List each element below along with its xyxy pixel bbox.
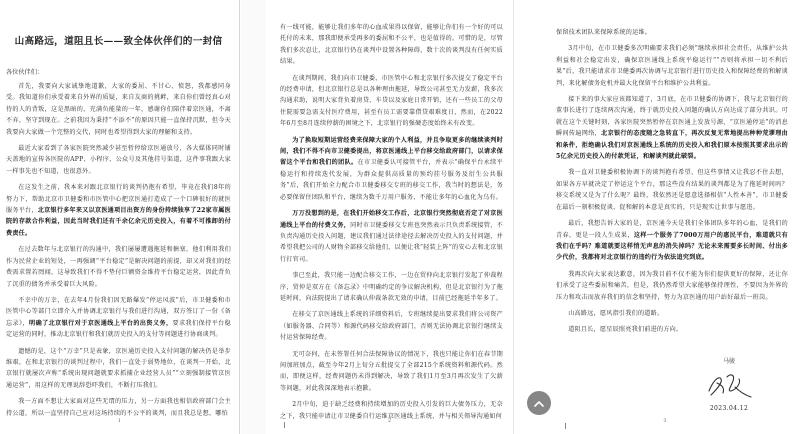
bold-text: 明确了北京银行对于京医通线上平台的出资义务， (29, 320, 172, 327)
closing-line: 道阻且长，愿星辰照亮我们前进的方向。 (556, 324, 788, 335)
document-page-1: 山高路远，道阻且长——致全体伙伴们的一封信 各位伙伴们： 首先，我要向大家诚挚地… (0, 0, 240, 434)
paragraph: 不幸中的万幸，在去年4月份我们因无路爆发“停运风波”后，市卫健委和市医管中心等部… (6, 295, 231, 341)
paragraph: 首先，我要向大家诚挚地道歉，大家的委屈、不甘心、愤怒，我都感同身受。我知道你们承… (6, 81, 231, 138)
paragraph: 我一方面不想让大家面对这些无谓的压力，另一方面我也相信政府部门会主持公道，所以一… (6, 396, 231, 419)
page-number: 2 (266, 418, 513, 424)
bold-text: 北京银行多年来又以京医通项目出资方的身份持续独享了22家市属医院的存款合作利益，… (6, 207, 231, 237)
paragraph: 在移交了京医通线上系统的详细资料后，专班继续提出要求我们将公司资产（如服务器、合… (280, 309, 503, 343)
document-title: 山高路远，道阻且长——致全体伙伴们的一封信 (6, 33, 231, 47)
text-cursor-mark (284, 422, 285, 428)
document-page-3: 保留技术团队来保障系统的运维。 3月中旬，在市卫健委多次明确要求我们必须“继续承… (530, 0, 800, 434)
scroll-to-top-button[interactable] (527, 391, 551, 415)
paragraph: 接下来的事大家应该都知道了，3月底，在市卫健委的协调下，我与北京银行的董事长进行… (556, 94, 788, 162)
paragraph: 在过去数年与北京银行的沟通中，我们屡屡遭遇拖延和搪塞，他们利用我们作为民营企业的… (6, 244, 231, 290)
paragraph: 3月中旬，在市卫健委多次明确要求我们必须“继续承担社会责任，从维护公共利益和社会… (556, 43, 788, 89)
paragraph: 事已至此，我只能一边配合移交工作，一边在贸仲向北京银行发起了仲裁程序，贸仲是双方… (280, 270, 503, 304)
signature-block: 马骏 2023.04.12 (703, 356, 755, 412)
document-page-2: 有一线可能，能够让我们多年的心血成果得以保留，能够让你们有一个好的可以托付的未来… (266, 0, 514, 434)
paragraph: 最近大家看到了各家医院突然减少甚至暂停给京医通放号，各大媒体同时铺天盖地的宣传各… (6, 143, 231, 177)
handwritten-signature-icon (703, 369, 755, 401)
paragraph: 在这发生之前，我本来对跟北京银行的谈判仍抱有希望，毕竟在我们8年的努力下，帮助北… (6, 182, 231, 239)
paragraph: 遗憾的是，这个“万幸”只是表象，京医通历史投入支付问题的解决仍是举步维艰，在和北… (6, 346, 231, 392)
paragraph: 为了换取短期运营经费来保障大家的个人利益，并且争取更多的继续谈判时间，我们不得不… (280, 135, 503, 203)
page-number: 3 (530, 418, 800, 424)
page-number: 1 (0, 418, 239, 424)
paragraph: 我再次向大家表达歉意，因为我目前不仅不能为你们提供更好的保障，还让你们承受了这些… (556, 269, 788, 303)
signature-date: 2023.04.12 (703, 405, 755, 412)
paragraph: 在谈判期间，我们向市卫健委、市医管中心和北京银行多次提交了稳定平台的经费申请，但… (280, 73, 503, 130)
paragraph: 无可奈何，在未签署任何合法保障协议的情况下，我也只能让你们在春节期间加班加点，截… (280, 349, 503, 395)
signer-name: 马骏 (703, 356, 755, 365)
salutation: 各位伙伴们： (6, 67, 231, 76)
text-cursor-mark (565, 423, 566, 429)
closing-line: 山高路远，愿风指引我们的道路。 (556, 308, 788, 319)
paragraph: 最后，我想告诉大家的是，京医通今天是我们全体团队多年的心血，是我们的青春，更是一… (556, 218, 788, 264)
paragraph: 有一线可能，能够让我们多年的心血成果得以保留，能够让你们有一个好的可以托付的未来… (280, 22, 503, 68)
paragraph: 保留技术团队来保障系统的运维。 (556, 27, 788, 38)
chevron-up-icon (534, 400, 544, 407)
paragraph: 我一直对卫健委积极协调下的谈判抱有希望，但这些事情又让我忍不住去想，如果各方早就… (556, 167, 788, 213)
page-gap (241, 0, 266, 434)
paragraph: 万万没想到的是，在我们开始移交工作后，北京银行突然彻底否定了对京医通线上平台的付… (280, 208, 503, 265)
